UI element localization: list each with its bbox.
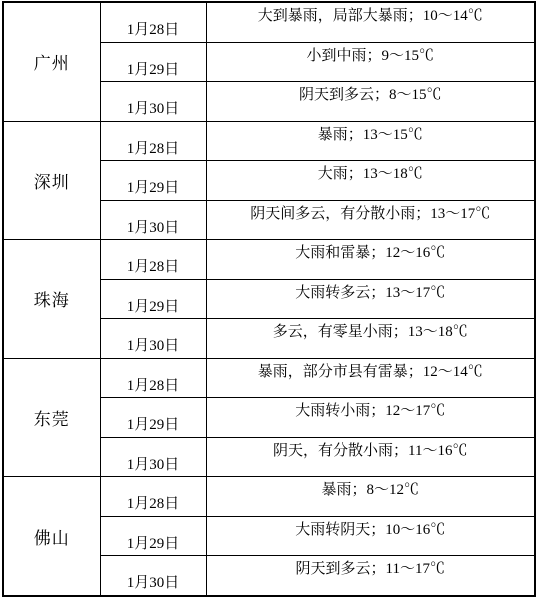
date-label: 1月28日 [101, 3, 206, 40]
date-cell: 1月28日 [100, 240, 206, 280]
date-cell: 1月28日 [100, 477, 206, 517]
forecast-cell: 阴天到多云；11～17℃ [206, 556, 535, 596]
forecast-text: 暴雨；8～12℃ [207, 477, 535, 500]
date-cell: 1月30日 [100, 319, 206, 359]
date-cell: 1月30日 [100, 437, 206, 477]
forecast-cell: 大到暴雨，局部大暴雨；10～14℃ [206, 2, 535, 42]
date-cell: 1月28日 [100, 2, 206, 42]
date-label: 1月28日 [101, 477, 206, 514]
date-label: 1月29日 [101, 280, 206, 317]
table-row: 深圳 1月28日 暴雨；13～15℃ [3, 121, 535, 161]
date-cell: 1月30日 [100, 82, 206, 122]
date-label: 1月30日 [101, 82, 206, 119]
city-name-shenzhen: 深圳 [3, 121, 100, 240]
forecast-text: 阴天到多云；8～15℃ [207, 82, 535, 105]
date-label: 1月29日 [101, 161, 206, 198]
forecast-cell: 大雨和雷暴；12～16℃ [206, 240, 535, 280]
date-label: 1月30日 [101, 556, 206, 593]
forecast-text: 多云，有零星小雨；13～18℃ [207, 319, 535, 342]
forecast-text: 阴天间多云，有分散小雨；13～17℃ [207, 201, 535, 224]
forecast-cell: 暴雨，部分市县有雷暴；12～14℃ [206, 358, 535, 398]
forecast-cell: 小到中雨；9～15℃ [206, 42, 535, 82]
forecast-text: 大雨转多云；13～17℃ [207, 280, 535, 303]
forecast-cell: 暴雨；8～12℃ [206, 477, 535, 517]
date-cell: 1月30日 [100, 556, 206, 596]
date-cell: 1月30日 [100, 200, 206, 240]
city-name-guangzhou: 广州 [3, 2, 100, 121]
date-cell: 1月29日 [100, 279, 206, 319]
date-label: 1月28日 [101, 240, 206, 277]
forecast-cell: 大雨转阴天；10～16℃ [206, 516, 535, 556]
city-name-foshan: 佛山 [3, 477, 100, 596]
date-cell: 1月29日 [100, 161, 206, 201]
forecast-text: 阴天，有分散小雨；11～16℃ [207, 438, 535, 461]
forecast-text: 大雨转小雨；12～17℃ [207, 398, 535, 421]
date-label: 1月30日 [101, 438, 206, 475]
forecast-text: 小到中雨；9～15℃ [207, 43, 535, 66]
forecast-cell: 大雨；13～18℃ [206, 161, 535, 201]
date-label: 1月30日 [101, 201, 206, 238]
forecast-text: 暴雨，部分市县有雷暴；12～14℃ [207, 359, 535, 382]
forecast-text: 大雨转阴天；10～16℃ [207, 517, 535, 540]
table-row: 佛山 1月28日 暴雨；8～12℃ [3, 477, 535, 517]
date-label: 1月28日 [101, 122, 206, 159]
date-label: 1月29日 [101, 43, 206, 80]
forecast-text: 大雨；13～18℃ [207, 161, 535, 184]
date-cell: 1月28日 [100, 358, 206, 398]
forecast-cell: 阴天间多云，有分散小雨；13～17℃ [206, 200, 535, 240]
forecast-text: 阴天到多云；11～17℃ [207, 556, 535, 579]
date-label: 1月28日 [101, 359, 206, 396]
date-label: 1月29日 [101, 517, 206, 554]
forecast-cell: 大雨转小雨；12～17℃ [206, 398, 535, 438]
table-row: 广州 1月28日 大到暴雨，局部大暴雨；10～14℃ [3, 2, 535, 42]
city-name-zhuhai: 珠海 [3, 240, 100, 359]
table-row: 东莞 1月28日 暴雨，部分市县有雷暴；12～14℃ [3, 358, 535, 398]
weather-forecast-table: 广州 1月28日 大到暴雨，局部大暴雨；10～14℃ 1月29日 小到中雨；9～… [2, 1, 536, 597]
date-cell: 1月29日 [100, 42, 206, 82]
forecast-text: 大到暴雨，局部大暴雨；10～14℃ [207, 3, 535, 26]
forecast-text: 大雨和雷暴；12～16℃ [207, 240, 535, 263]
forecast-cell: 阴天到多云；8～15℃ [206, 82, 535, 122]
document-page: 广州 1月28日 大到暴雨，局部大暴雨；10～14℃ 1月29日 小到中雨；9～… [0, 0, 541, 604]
city-name-dongguan: 东莞 [3, 358, 100, 477]
date-cell: 1月29日 [100, 516, 206, 556]
date-cell: 1月28日 [100, 121, 206, 161]
forecast-cell: 阴天，有分散小雨；11～16℃ [206, 437, 535, 477]
forecast-text: 暴雨；13～15℃ [207, 122, 535, 145]
forecast-cell: 暴雨；13～15℃ [206, 121, 535, 161]
date-cell: 1月29日 [100, 398, 206, 438]
date-label: 1月29日 [101, 398, 206, 435]
forecast-cell: 多云，有零星小雨；13～18℃ [206, 319, 535, 359]
forecast-cell: 大雨转多云；13～17℃ [206, 279, 535, 319]
date-label: 1月30日 [101, 319, 206, 356]
table-row: 珠海 1月28日 大雨和雷暴；12～16℃ [3, 240, 535, 280]
